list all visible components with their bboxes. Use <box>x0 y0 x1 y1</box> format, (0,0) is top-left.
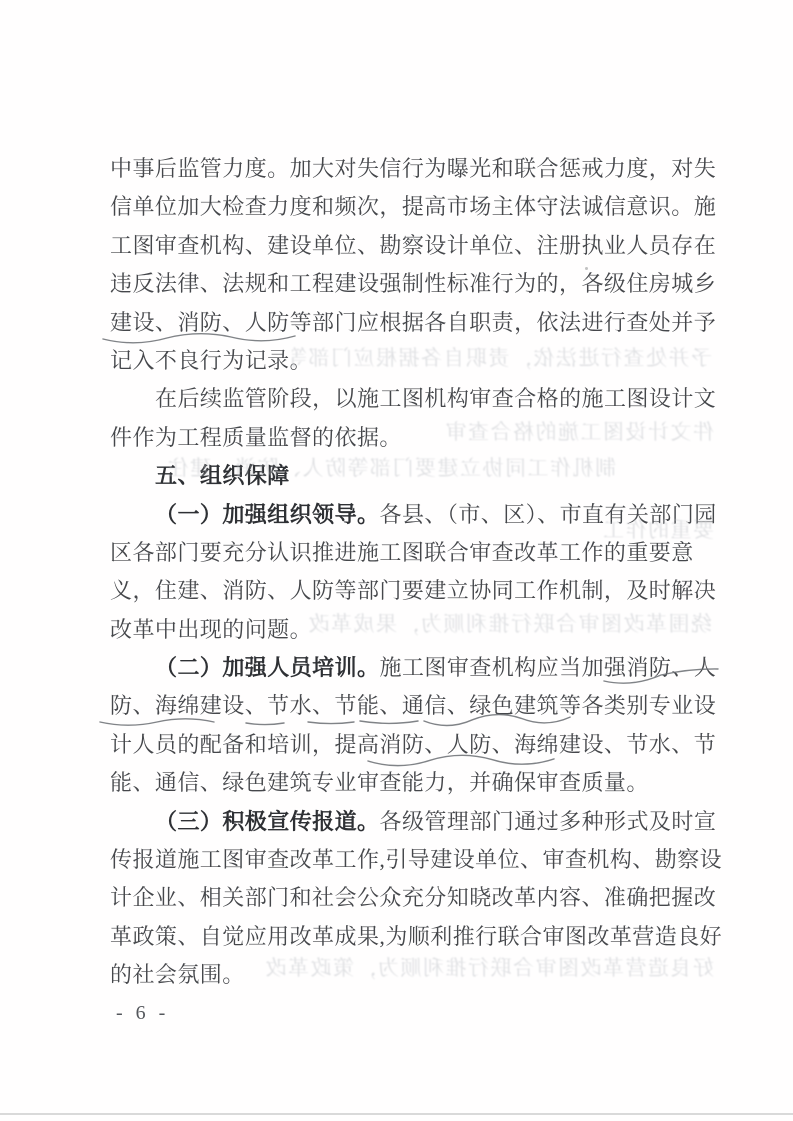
text-line: 信单位加大检查力度和频次，提高市场主体守法诚信意识。施 <box>110 188 718 226</box>
text-segment: 能、通信、绿色建筑专业审查能力，并确保审查质量。 <box>110 770 649 795</box>
scanned-document-page: 中事后监管力度。加大对失信行为曝光和联合惩戒力度，对失信单位加大检查力度和频次，… <box>0 0 793 1121</box>
text-segment: 各级管理部门通过多种形式及时宣 <box>380 809 717 834</box>
text-line: 能、通信、绿色建筑专业审查能力，并确保审查质量。 <box>110 764 718 802</box>
text-line: 传报道施工图审查改革工作,引导建设单位、审查机构、勘察设 <box>110 841 718 879</box>
text-line: 建设、消防、人防等部门应根据各自职责，依法进行查处并予 <box>110 304 718 342</box>
text-line: 五、组织保障 <box>110 457 718 495</box>
text-segment: 信单位加大检查力度和频次，提高市场主体守法诚信意识。施 <box>110 194 716 219</box>
text-segment: 计企业、相关部门和社会公众充分知晓改革内容、准确把握改 <box>110 885 716 910</box>
heading-segment: （三）积极宣传报道。 <box>155 809 380 834</box>
text-line: 在后续监管阶段，以施工图机构审查合格的施工图设计文 <box>110 380 718 418</box>
heading-segment: （一）加强组织领导。 <box>155 502 380 527</box>
text-line: 违反法律、法规和工程建设强制性标准行为的，各级住房城乡 <box>110 265 718 303</box>
scan-speck <box>585 267 588 270</box>
text-segment: 工图审查机构、建设单位、勘察设计单位、注册执业人员存在 <box>110 233 716 258</box>
text-segment: 在后续监管阶段，以施工图机构审查合格的施工图设计文 <box>155 386 716 411</box>
text-segment: 件作为工程质量监督的依据。 <box>110 425 402 450</box>
text-line: （二）加强人员培训。施工图审查机构应当加强消防、人 <box>110 649 718 687</box>
text-line: 计人员的配备和培训，提高消防、人防、海绵建设、节水、节 <box>110 726 718 764</box>
text-segment: 传报道施工图审查改革工作,引导建设单位、审查机构、勘察设 <box>110 847 722 872</box>
text-segment: 革政策、自觉应用改革成果,为顺利推行联合审图改革营造良好 <box>110 924 722 949</box>
text-line: 件作为工程质量监督的依据。 <box>110 419 718 457</box>
text-line: 改革中出现的问题。 <box>110 611 718 649</box>
text-line: 区各部门要充分认识推进施工图联合审查改革工作的重要意 <box>110 534 718 572</box>
text-line: 的社会氛围。 <box>110 956 718 994</box>
text-line: （三）积极宣传报道。各级管理部门通过多种形式及时宣 <box>110 803 718 841</box>
heading-segment: （二）加强人员培训。 <box>155 655 380 680</box>
text-segment: 中事后监管力度。加大对失信行为曝光和联合惩戒力度，对失 <box>110 156 716 181</box>
text-line: 革政策、自觉应用改革成果,为顺利推行联合审图改革营造良好 <box>110 918 718 956</box>
text-segment: 各县、（市、区）、市直有关部门园 <box>380 502 717 527</box>
text-segment: 防、海绵建设、节水、节能、通信、绿色建筑等各类别专业设 <box>110 693 716 718</box>
heading-segment: 五、组织保障 <box>155 463 290 488</box>
text-segment: 义，住建、消防、人防等部门要建立协同工作机制，及时解决 <box>110 578 716 603</box>
document-body: 中事后监管力度。加大对失信行为曝光和联合惩戒力度，对失信单位加大检查力度和频次，… <box>110 150 718 995</box>
text-segment: 计人员的配备和培训，提高消防、人防、海绵建设、节水、节 <box>110 732 716 757</box>
scan-speck <box>698 392 701 394</box>
page-number: - 6 - <box>116 1002 169 1025</box>
text-line: 计企业、相关部门和社会公众充分知晓改革内容、准确把握改 <box>110 879 718 917</box>
scan-edge-line <box>0 1113 793 1115</box>
text-line: 义，住建、消防、人防等部门要建立协同工作机制，及时解决 <box>110 572 718 610</box>
text-segment: 记入不良行为记录。 <box>110 348 312 373</box>
text-segment: 建设、消防、人防等部门应根据各自职责，依法进行查处并予 <box>110 310 716 335</box>
text-segment: 施工图审查机构应当加强消防、人 <box>380 655 717 680</box>
text-line: 防、海绵建设、节水、节能、通信、绿色建筑等各类别专业设 <box>110 687 718 725</box>
text-line: 中事后监管力度。加大对失信行为曝光和联合惩戒力度，对失 <box>110 150 718 188</box>
text-line: 工图审查机构、建设单位、勘察设计单位、注册执业人员存在 <box>110 227 718 265</box>
text-segment: 区各部门要充分认识推进施工图联合审查改革工作的重要意 <box>110 540 694 565</box>
text-segment: 的社会氛围。 <box>110 962 245 987</box>
text-segment: 改革中出现的问题。 <box>110 617 312 642</box>
text-line: （一）加强组织领导。各县、（市、区）、市直有关部门园 <box>110 496 718 534</box>
text-line: 记入不良行为记录。 <box>110 342 718 380</box>
text-segment: 违反法律、法规和工程建设强制性标准行为的，各级住房城乡 <box>110 271 716 296</box>
